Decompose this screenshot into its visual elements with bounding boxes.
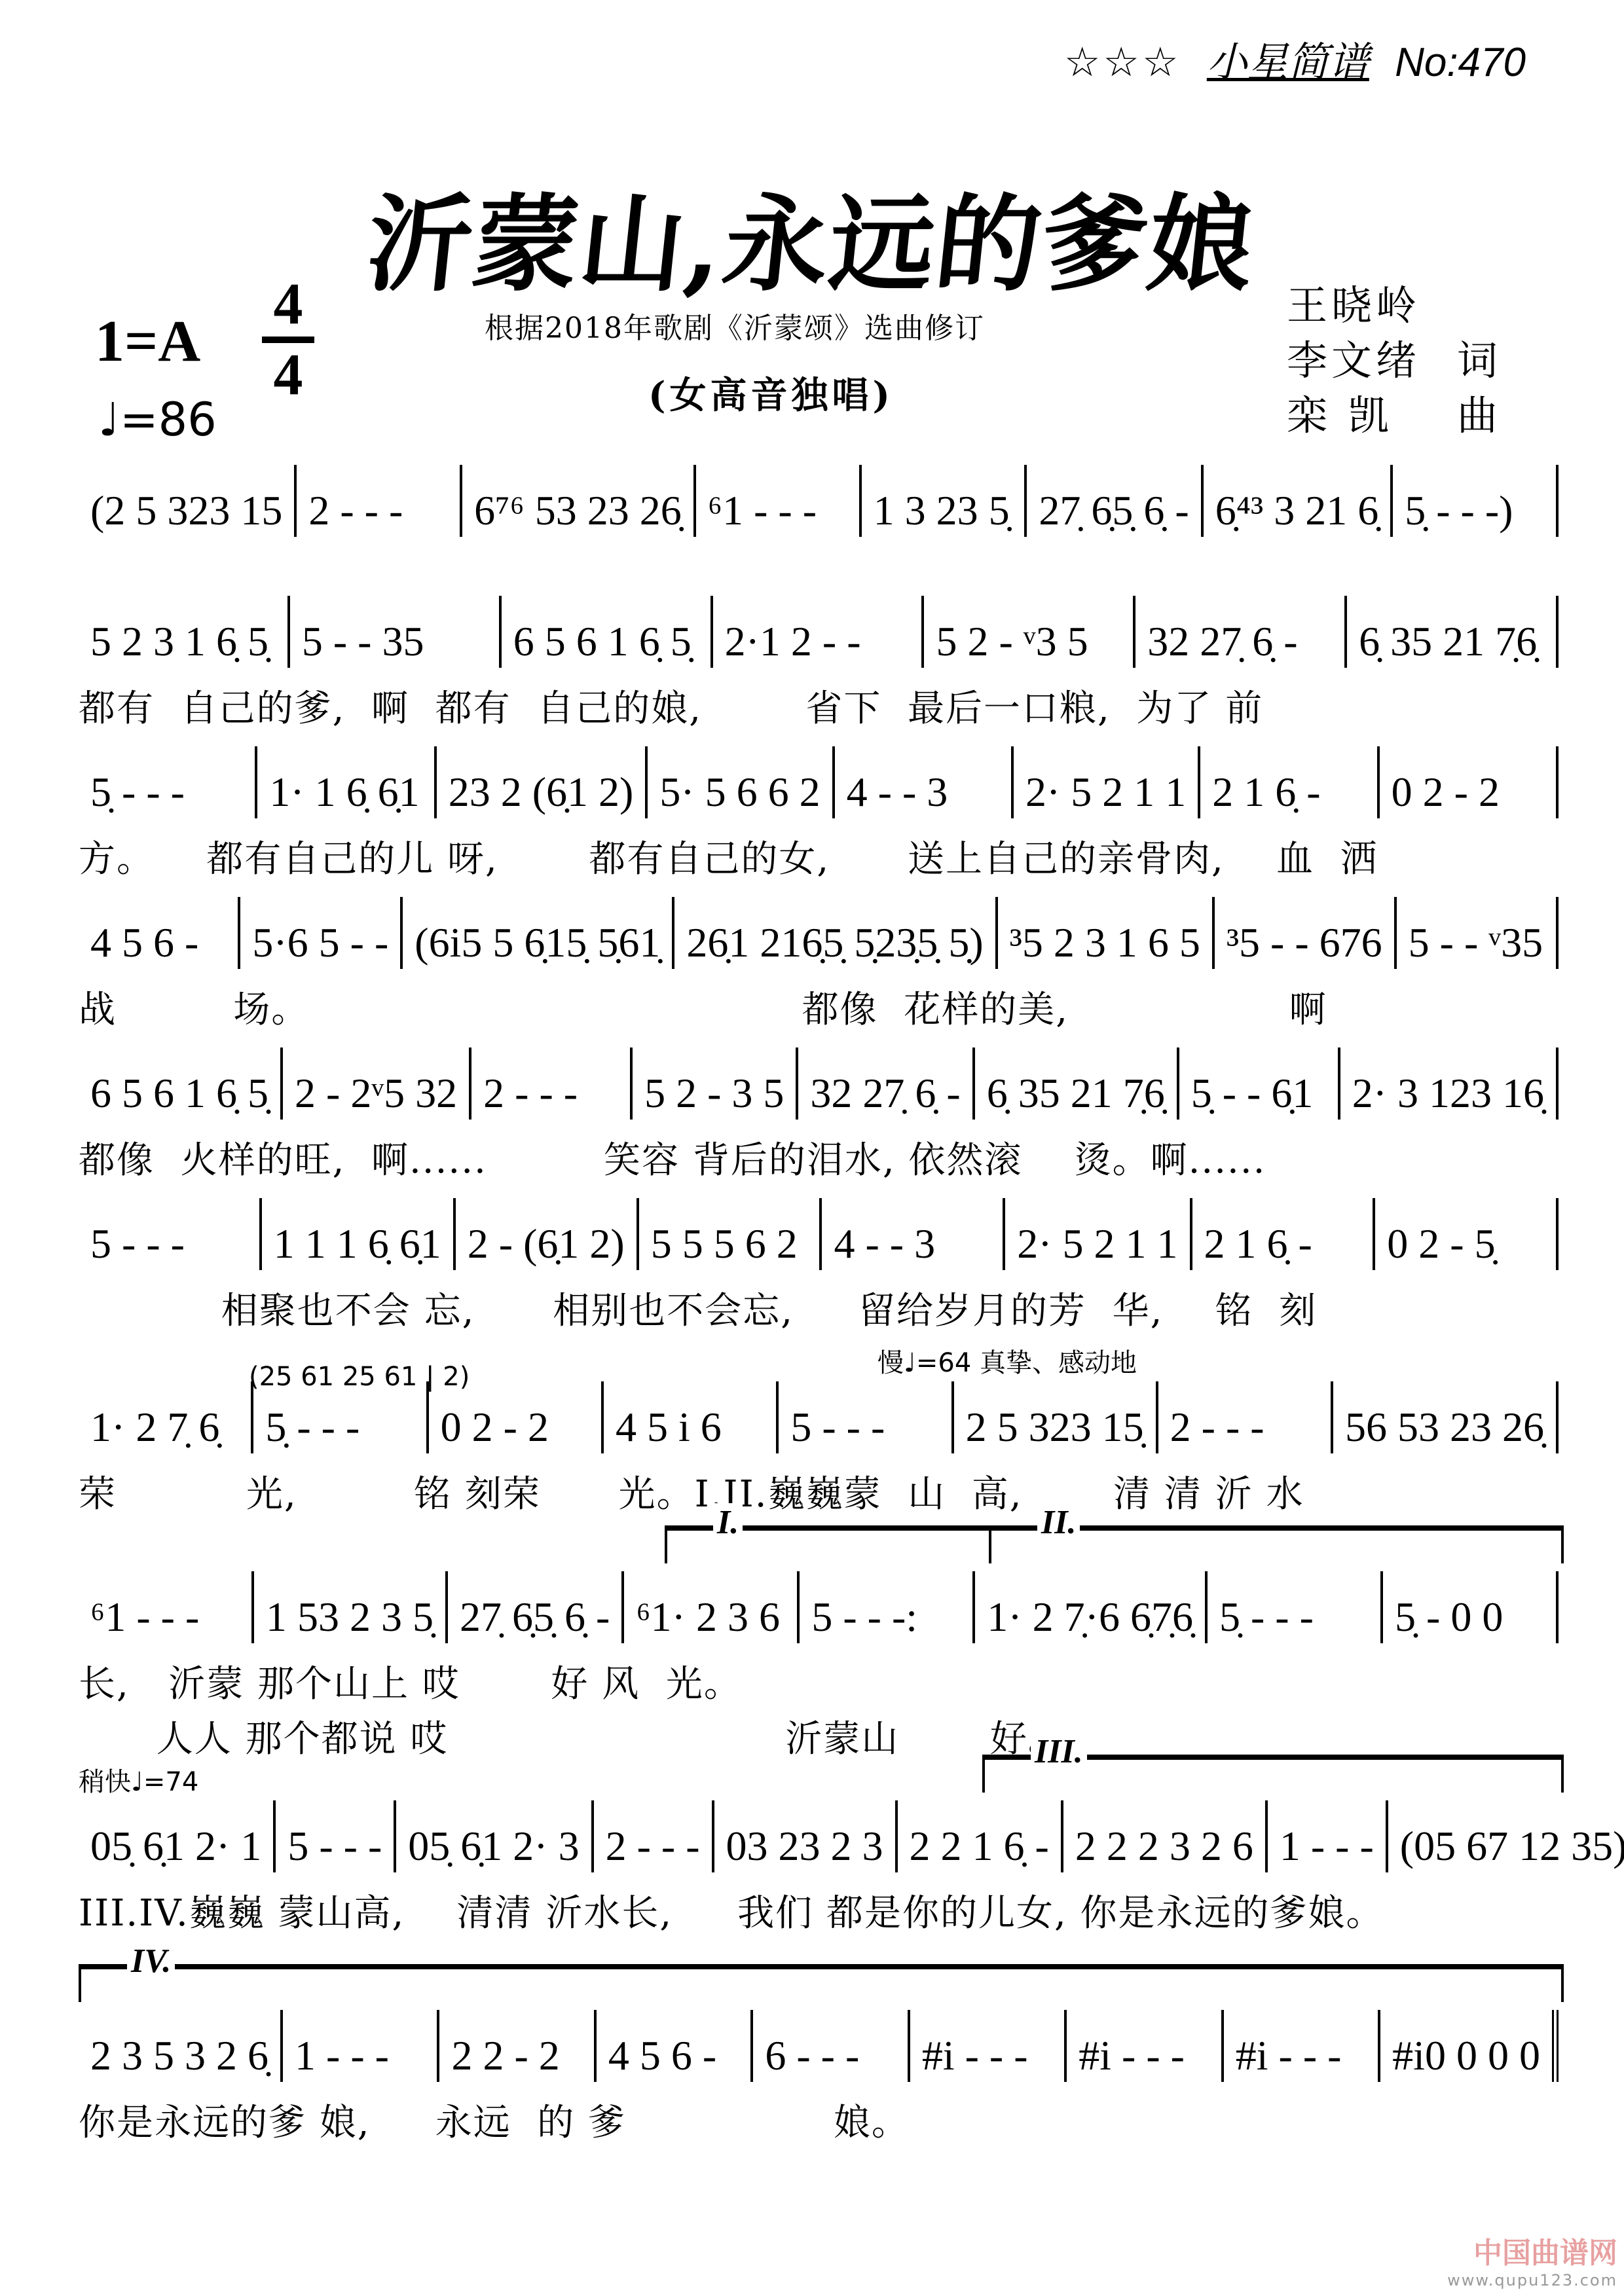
measure-notes: 5̣ - - -: [86, 766, 189, 818]
measure: 4 5 6 -: [79, 897, 238, 969]
measure-notes: 0 2 - 5̣: [1383, 1218, 1499, 1270]
measure: 26̣1 216̣5̣ 5̣23̣5̣ 5̣): [672, 897, 995, 969]
measure-notes: 4 5 6 -: [86, 917, 202, 969]
lyrics-line: 方。 都有自己的儿 呀, 都有自己的女, 送上自己的亲骨肉, 血 洒: [79, 830, 1559, 883]
measure-notes: #i - - -: [1232, 2030, 1346, 2082]
lyrics-line: 长, 沂蒙 那个山上 哎 好 风 光。: [79, 1655, 1559, 1707]
measure-notes: 32 27̣ 6̣ -: [1143, 615, 1301, 668]
lyrics-line: 都像 火样的旺, 啊...... 笑容 背后的泪水, 依然滚 烫。啊......: [79, 1131, 1559, 1184]
measure: 0 2 - 2: [426, 1381, 601, 1453]
measure: 2 1 6̣ -: [1198, 746, 1376, 818]
measure: 6̣⁴³ 3 21 6̣: [1201, 465, 1391, 537]
brand-name: 小星简谱: [1207, 40, 1369, 85]
measure: 4 - - 3: [832, 746, 1011, 818]
volta-bracket-iii: III.: [982, 1755, 1564, 1793]
volta-bracket-iv: IV.: [79, 1964, 1564, 2002]
measure: 2 - - -: [591, 1800, 712, 1872]
measure-notes: 5 - - 35: [298, 615, 428, 668]
site-brand-header: ☆☆☆ 小星简谱 No:470: [1064, 29, 1526, 88]
lyrics-line: 相聚也不会 忘, 相别也不会忘, 留给岁月的芳 华, 铭 刻: [79, 1282, 1559, 1334]
tempo-change-mark: 慢♩=64 真挚、感动地: [877, 1342, 1137, 1379]
measure: 03 23 2 3: [712, 1800, 895, 1872]
measure: 1 1 1 6̣ 6̣1: [259, 1198, 453, 1270]
measure: 2 2 2 3 2 6: [1061, 1800, 1265, 1872]
measure-notes: 5̣ - - -: [261, 1401, 363, 1453]
measure: 5̣ - - -: [1205, 1571, 1380, 1643]
measure: 05̣ 6̣1 2· 1: [79, 1800, 273, 1872]
measure: 2 3 5 3 2 6̣: [79, 2010, 280, 2082]
measure-notes: 05̣ 6̣1 2· 1: [86, 1820, 265, 1872]
notation-line: 4 5 6 -5·6 5 - -(6i5 5 6̣15̣ 5̣61̣26̣1 2…: [79, 890, 1559, 969]
lyricist-name-1: 王晓岭: [1287, 278, 1450, 333]
time-sig-bottom: 4: [262, 346, 314, 405]
measure-notes: 6̣ 35 21 7̣6̣: [983, 1067, 1169, 1120]
notation-line: ⁶1 - - -1 53 2 3 5̣27̣ 6̣5̣ 6̣ -⁶1· 2 3 …: [79, 1565, 1559, 1643]
measure: 1· 2 7̣ 6̣: [79, 1381, 251, 1453]
music-system: 慢♩=64 真挚、感动地(25 61 25 61 | 2)1· 2 7̣ 6̣5…: [79, 1375, 1559, 1518]
measure-notes: 23 2 (6̣1 2): [445, 766, 638, 818]
time-sig-top: 4: [262, 275, 314, 334]
measure: 56 53 23 26̣: [1331, 1381, 1559, 1453]
measure: ³5 - - 676: [1212, 897, 1394, 969]
notation-line: 05̣ 6̣1 2· 15 - - -05̣ 6̣1 2· 32 - - -03…: [79, 1794, 1559, 1872]
measure: 4 5 6 -: [594, 2010, 750, 2082]
measure-notes: 4 - - 3: [843, 766, 952, 818]
voicing-label: (女高音独唱): [648, 367, 894, 419]
lyrics-line: 荣 光, 铭 刻荣 光。I.II.巍巍蒙 山 高, 清 清 沂 水: [79, 1465, 1559, 1518]
measure: 6̣ 35 21 7̣6̣: [972, 1048, 1177, 1120]
measure-notes: 2 1 6̣ -: [1200, 1218, 1316, 1270]
music-system: 4 5 6 -5·6 5 - -(6i5 5 6̣15̣ 5̣61̣26̣1 2…: [79, 890, 1559, 1033]
measure: 23 2 (6̣1 2): [434, 746, 646, 818]
measure: 5 - - 35: [287, 596, 499, 668]
measure-notes: 6̣ 35 21 7̣6̣: [1355, 615, 1541, 668]
measure-notes: 4 5 6 -: [604, 2030, 720, 2082]
music-system: IV.2 3 5 3 2 6̣1 - - -2 2 - 24 5 6 -6 - …: [79, 2003, 1559, 2146]
song-subtitle: 根据2018年歌剧《沂蒙颂》选曲修订: [485, 304, 985, 346]
measure-notes: 1 - - -: [1276, 1820, 1378, 1872]
measure-notes: 2 5 323 15̣: [962, 1401, 1148, 1453]
music-system: I.II.⁶1 - - -1 53 2 3 5̣27̣ 6̣5̣ 6̣ -⁶1·…: [79, 1565, 1559, 1762]
credit-row: 王晓岭: [1287, 278, 1498, 333]
measure: 5̣ - - -): [1390, 465, 1559, 537]
measure: 6⁷⁶ 53 23 26̣: [460, 465, 693, 537]
tempo-marking: ♩=86: [98, 393, 217, 446]
measure-notes: 5 - - -: [284, 1820, 386, 1872]
measure-notes: 2 - - -: [479, 1067, 581, 1120]
notation-line: 1· 2 7̣ 6̣5̣ - - -0 2 - 24 5 i 65 - - -2…: [79, 1375, 1559, 1453]
measure-notes: 5·6 5 - -: [248, 917, 392, 969]
measure-notes: 2 1 6̣ -: [1208, 766, 1324, 818]
music-system: 5 2 3 1 6̣ 5̣5 - - 356 5 6 1 6̣ 5̣2·1 2 …: [79, 589, 1559, 732]
measure-notes: 5̣ - - -): [1401, 484, 1517, 537]
measure-notes: 1· 2 7̣·6 6̣7̣6̣: [983, 1591, 1197, 1643]
measure: ³5 2 3 1 6 5: [995, 897, 1212, 969]
measure: 1 - - -: [1265, 1800, 1386, 1872]
measure: ⁶1 - - -: [79, 1571, 251, 1643]
lyrics-line: III.IV.巍巍 蒙山高, 清清 沂水长, 我们 都是你的儿女, 你是永远的爹…: [79, 1884, 1559, 1937]
measure: 1 53 2 3 5̣: [251, 1571, 445, 1643]
measure: 27̣ 6̣5̣ 6̣ -: [445, 1571, 621, 1643]
watermark-url: www.qupu123.com: [1447, 2271, 1617, 2289]
measure-notes: 4 5 i 6: [612, 1401, 726, 1453]
notation-line: 5 - - -1 1 1 6̣ 6̣12 - (6̣1 2)5 5 5 6 24…: [79, 1192, 1559, 1270]
measure: 2 - 2ᵛ5 32: [280, 1048, 469, 1120]
measure-notes: 2· 5 2 1 1: [1022, 766, 1190, 818]
measure: 2 2 1 6̣ -: [895, 1800, 1061, 1872]
measure-notes: 0 2 - 2: [1388, 766, 1504, 818]
measure: 5· 5 6 6 2: [645, 746, 832, 818]
measure: #i0 0 0 0: [1378, 2010, 1559, 2082]
measure: 6 - - -: [750, 2010, 907, 2082]
measure: 5 - - -: [79, 1198, 259, 1270]
measure: (2 5 323 15: [79, 465, 294, 537]
measure-notes: 56 53 23 26̣: [1341, 1401, 1548, 1453]
measure: #i - - -: [1221, 2010, 1378, 2082]
measure: 0 2 - 5̣: [1373, 1198, 1559, 1270]
measure: 5̣ - - 6̣1: [1177, 1048, 1338, 1120]
measure-notes: 5̣ - - 6̣1: [1187, 1067, 1318, 1120]
measure-notes: 5̣ - - -: [1215, 1591, 1318, 1643]
measure-notes: 32 27̣ 6̣ -: [806, 1067, 964, 1120]
credit-row: 李文绪 词: [1287, 333, 1498, 388]
measure-notes: 6 - - -: [761, 2030, 863, 2082]
measure-notes: ⁶1 - - -: [86, 1591, 203, 1643]
score-number: No:470: [1395, 40, 1526, 85]
measure: 5 - - -: [273, 1800, 394, 1872]
measure: 1 - - -: [280, 2010, 437, 2082]
measure: 6̣ 35 21 7̣6̣: [1344, 596, 1559, 668]
measure: (05 67 12 35): [1386, 1800, 1624, 1872]
measure-notes: ⁶1 - - -: [704, 484, 821, 537]
notation-line: 6 5 6 1 6̣ 5̣2 - 2ᵛ5 322 - - -5 2 - 3 53…: [79, 1041, 1559, 1120]
measure: 32 27̣ 6̣ -: [1133, 596, 1344, 668]
measure-notes: 05̣ 6̣1 2· 3: [404, 1820, 583, 1872]
key-signature: 1=A: [95, 308, 200, 375]
measure: 2 5 323 15̣: [951, 1381, 1156, 1453]
measure: #i - - -: [908, 2010, 1064, 2082]
credit-row: 栾 凯 曲: [1287, 388, 1498, 443]
volta-label: III.: [1031, 1732, 1087, 1771]
measure: 0 2 - 2: [1377, 746, 1559, 818]
time-signature: 4 4: [262, 275, 314, 405]
measure: 1· 2 7̣·6 6̣7̣6̣: [972, 1571, 1205, 1643]
measure: 2 - - -: [1156, 1381, 1331, 1453]
measure-notes: 27̣ 6̣5̣ 6̣ -: [1035, 484, 1192, 537]
measure-notes: 6̣⁴³ 3 21 6̣: [1211, 484, 1383, 537]
measure-notes: 5· 5 6 6 2: [655, 766, 824, 818]
measure-notes: 0 2 - 2: [437, 1401, 553, 1453]
measure-notes: 2·1 2 - -: [721, 615, 865, 668]
measure: 5 2 - ᵛ3 5: [921, 596, 1133, 668]
measure: 2 - - -: [469, 1048, 630, 1120]
measure: 05̣ 6̣1 2· 3: [394, 1800, 591, 1872]
measure-notes: 5 - - -: [86, 1218, 189, 1270]
lyrics-line: 都有 自己的爹, 啊 都有 自己的娘, 省下 最后一口粮, 为了 前: [79, 680, 1559, 732]
measure-notes: ³5 2 3 1 6 5: [1006, 917, 1204, 969]
measure-notes: 2 2 2 3 2 6: [1071, 1820, 1257, 1872]
measure: 2· 5 2 1 1: [1003, 1198, 1189, 1270]
lyricist-name-2: 李文绪: [1287, 333, 1450, 388]
measure: 6 5 6 1 6̣ 5̣: [79, 1048, 280, 1120]
measure: 5 2 - 3 5: [630, 1048, 796, 1120]
composer-role: 曲: [1457, 388, 1498, 443]
measure-notes: 5 - - ᵛ35: [1405, 917, 1547, 969]
measure: ⁶1· 2 3 6: [621, 1571, 797, 1643]
measure-notes: #i - - -: [918, 2030, 1032, 2082]
measure-notes: 2 3 5 3 2 6̣: [86, 2030, 272, 2082]
measure-notes: (2 5 323 15: [86, 484, 286, 537]
volta-label: I.: [713, 1503, 743, 1542]
measure-notes: 5 5 5 6 2: [647, 1218, 802, 1270]
measure: 5 5 5 6 2: [637, 1198, 820, 1270]
measure: 4 5 i 6: [601, 1381, 776, 1453]
measure-notes: 2 - - -: [304, 484, 407, 537]
measure: 2· 3 123 16̣: [1338, 1048, 1559, 1120]
measure: 5 - - -:: [797, 1571, 972, 1643]
measure-notes: 1 1 1 6̣ 6̣1: [270, 1218, 445, 1270]
measure-notes: 6⁷⁶ 53 23 26̣: [470, 484, 686, 537]
music-system: 稍快♩=74III.05̣ 6̣1 2· 15 - - -05̣ 6̣1 2· …: [79, 1794, 1559, 1937]
credits: 王晓岭 李文绪 词 栾 凯 曲: [1287, 278, 1498, 443]
measure: #i - - -: [1064, 2010, 1221, 2082]
lyrics-line: 你是永远的爹 娘, 永远 的 爹 娘。: [79, 2094, 1559, 2146]
measure-notes: 27̣ 6̣5̣ 6̣ -: [456, 1591, 614, 1643]
measure: 2· 5 2 1 1: [1011, 746, 1198, 818]
measure-notes: ⁶1· 2 3 6: [632, 1591, 784, 1643]
lyrics-line: 战 场。 都像 花样的美, 啊: [79, 981, 1559, 1033]
measure: 5̣ - 0 0: [1380, 1571, 1559, 1643]
measure-notes: (05 67 12 35): [1396, 1820, 1624, 1872]
measure-notes: #i0 0 0 0: [1388, 2030, 1544, 2082]
composer-name: 栾 凯: [1287, 388, 1450, 443]
lyricist-role: 词: [1457, 333, 1498, 388]
measure-notes: 4 - - 3: [830, 1218, 939, 1270]
measure-notes: 5̣ - 0 0: [1391, 1591, 1507, 1643]
measure-notes: 2 - (6̣1 2): [464, 1218, 629, 1270]
measure: (6i5 5 6̣15̣ 5̣61̣: [400, 897, 672, 969]
music-system: 5 - - -1 1 1 6̣ 6̣12 - (6̣1 2)5 5 5 6 24…: [79, 1192, 1559, 1334]
measure: 2 - - -: [294, 465, 460, 537]
measure-notes: 2 - - -: [1166, 1401, 1268, 1453]
measure-notes: 03 23 2 3: [722, 1820, 887, 1872]
notation-line: 5̣ - - -1· 1 6̣ 6̣123 2 (6̣1 2)5· 5 6 6 …: [79, 740, 1559, 818]
volta-bracket-ii: II.: [989, 1525, 1564, 1563]
measure-notes: (6i5 5 6̣15̣ 5̣61̣: [411, 917, 664, 969]
measure-notes: 5 2 - ᵛ3 5: [932, 615, 1092, 668]
measure: 2 - (6̣1 2): [453, 1198, 637, 1270]
song-title: 沂蒙山,永远的爹娘: [346, 160, 1278, 311]
measure: ⁶1 - - -: [693, 465, 859, 537]
measure: 5·6 5 - -: [238, 897, 400, 969]
measure-notes: 1 53 2 3 5̣: [262, 1591, 437, 1643]
measure-notes: 5 - - -: [786, 1401, 889, 1453]
measure-notes: 1 - - -: [291, 2030, 393, 2082]
notation-line: 2 3 5 3 2 6̣1 - - -2 2 - 24 5 6 -6 - - -…: [79, 2003, 1559, 2082]
measure: 5 - - -: [776, 1381, 951, 1453]
music-system: (2 5 323 152 - - -6⁷⁶ 53 23 26̣⁶1 - - -1…: [79, 458, 1559, 537]
measure: 4 - - 3: [819, 1198, 1003, 1270]
measure: 5 - - ᵛ35: [1394, 897, 1559, 969]
measure-notes: 1 3 23 5̣: [870, 484, 1014, 537]
notation-line: 5 2 3 1 6̣ 5̣5 - - 356 5 6 1 6̣ 5̣2·1 2 …: [79, 589, 1559, 668]
measure-notes: 5 - - -:: [807, 1591, 921, 1643]
measure-notes: ³5 - - 676: [1223, 917, 1386, 969]
measure-notes: 2 - - -: [602, 1820, 704, 1872]
measure: 1 3 23 5̣: [859, 465, 1025, 537]
measure: 1· 1 6̣ 6̣1: [255, 746, 434, 818]
notation-line: (2 5 323 152 - - -6⁷⁶ 53 23 26̣⁶1 - - -1…: [79, 458, 1559, 537]
measure-notes: 5 2 - 3 5: [640, 1067, 788, 1120]
measure-notes: 2· 3 123 16̣: [1348, 1067, 1548, 1120]
music-system: 5̣ - - -1· 1 6̣ 6̣123 2 (6̣1 2)5· 5 6 6 …: [79, 740, 1559, 883]
measure-notes: 2· 5 2 1 1: [1013, 1218, 1181, 1270]
tempo-change-mark: 稍快♩=74: [79, 1761, 198, 1798]
measure-notes: 26̣1 216̣5̣ 5̣23̣5̣ 5̣): [682, 917, 987, 969]
watermark: 中国曲谱网 www.qupu123.com: [1447, 2229, 1617, 2289]
measure: 2 1 6̣ -: [1190, 1198, 1373, 1270]
measure: 5 2 3 1 6̣ 5̣: [79, 596, 287, 668]
measure-notes: #i - - -: [1075, 2030, 1189, 2082]
measure-notes: 1· 2 7̣ 6̣: [86, 1401, 223, 1453]
measure: 5̣ - - -: [251, 1381, 426, 1453]
volta-label: IV.: [127, 1942, 175, 1980]
volta-label: II.: [1037, 1503, 1080, 1542]
measure: 5̣ - - -: [79, 746, 255, 818]
measure-notes: 2 2 1 6̣ -: [906, 1820, 1053, 1872]
measure-notes: 6 5 6 1 6̣ 5̣: [86, 1067, 272, 1120]
measure: 2 2 - 2: [437, 2010, 593, 2082]
measure-notes: 1· 1 6̣ 6̣1: [265, 766, 423, 818]
measure: 27̣ 6̣5̣ 6̣ -: [1024, 465, 1200, 537]
measure-notes: 5 2 3 1 6̣ 5̣: [86, 615, 272, 668]
measure-notes: 6 5 6 1 6̣ 5̣: [509, 615, 695, 668]
star-icons: ☆☆☆: [1064, 40, 1181, 85]
measure-notes: 2 - 2ᵛ5 32: [291, 1067, 461, 1120]
music-system: 6 5 6 1 6̣ 5̣2 - 2ᵛ5 322 - - -5 2 - 3 53…: [79, 1041, 1559, 1184]
watermark-logo: 中国曲谱网: [1447, 2229, 1617, 2271]
measure-notes: 2 2 - 2: [447, 2030, 563, 2082]
measure: 2·1 2 - -: [710, 596, 922, 668]
measure: 6 5 6 1 6̣ 5̣: [499, 596, 710, 668]
measure: 32 27̣ 6̣ -: [796, 1048, 972, 1120]
